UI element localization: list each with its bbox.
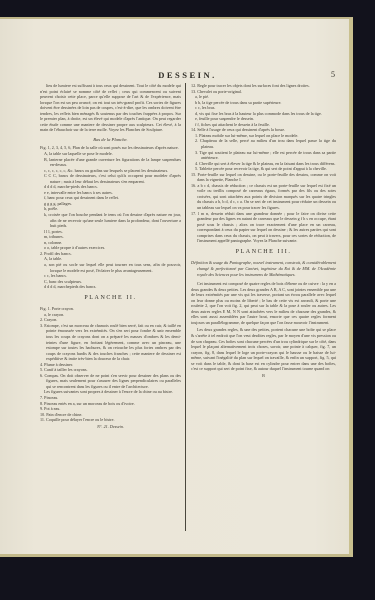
page-number: 5 (331, 70, 335, 79)
plate-ii-items-list: Fig. 1. Porte crayon.a, le crayon.2. Cra… (40, 306, 181, 422)
list-item: 17. l m n, dessein réduit dans une grand… (191, 211, 336, 244)
paragraph-2: Les deux grandes regles, & une des petit… (191, 327, 336, 371)
document-page: DESSEIN. 5 lieu de lumiere est suffisant… (0, 17, 353, 557)
list-item: C C C, bancs de dessinateurs, c'est celu… (40, 173, 181, 184)
list-item: B, lanterne placée d'une grande ouvertur… (40, 157, 181, 168)
running-title: DESSEIN. (40, 70, 335, 80)
bottom-items-list: Fig. 1, 2, 3, 4, 5, 6, Plan de la salle … (40, 145, 181, 289)
list-item: a, son pié ou socle sur lequel elle peut… (40, 262, 181, 273)
signature-mark-b: B (191, 373, 336, 379)
intro-paragraph: lieu de lumiere est suffisant à tous ceu… (40, 83, 181, 133)
plate-ii-heading: PLANCHE II. (40, 296, 181, 302)
list-item: 11. Coquille pour délayer l'encre ou le … (40, 417, 181, 423)
list-item: k, croisée que l'on bouche pendant le te… (40, 212, 181, 229)
signature-mark: N°. 21. Dessein. (40, 424, 181, 430)
list-item: 6. Compas. On doit observer de ne point … (40, 373, 181, 390)
right-items-list: 12. Regle pour tracer les objets dont le… (191, 83, 336, 244)
list-item: 3. Estompe, c'est un morceau de chamois … (40, 323, 181, 362)
list-item: 3. Tige qui soutient le plateau sur lui-… (191, 150, 336, 161)
left-column: lieu de lumiere est suffisant à tous ceu… (40, 83, 181, 429)
page-header: DESSEIN. 5 (40, 70, 335, 82)
list-item: d d d d, marchepieds des bancs. (40, 284, 181, 290)
list-item: 15. Porte-feuille sur lequel on dessine,… (191, 172, 336, 183)
paragraph-1: Cet instrument est composé de quatre reg… (191, 281, 336, 325)
list-item: Les figures suivantes sont propres à des… (40, 389, 181, 395)
plate-iii-heading: PLANCHE III. (191, 250, 336, 256)
list-item: 2. Chapiteau de la selle, percé au milie… (191, 138, 336, 149)
section-heading-bas: Bas de la Planche. (40, 137, 181, 143)
list-item: 5. Tablette percée pour recevoir la tige… (191, 166, 336, 172)
list-item: 16. a b c d, chassis de réduction ; ce c… (191, 183, 336, 211)
plate-iii-title: Définition & usage du Pantographe, nouve… (191, 260, 336, 277)
column-divider (185, 83, 186, 531)
right-column: 12. Regle pour tracer les objets dont le… (191, 83, 336, 378)
